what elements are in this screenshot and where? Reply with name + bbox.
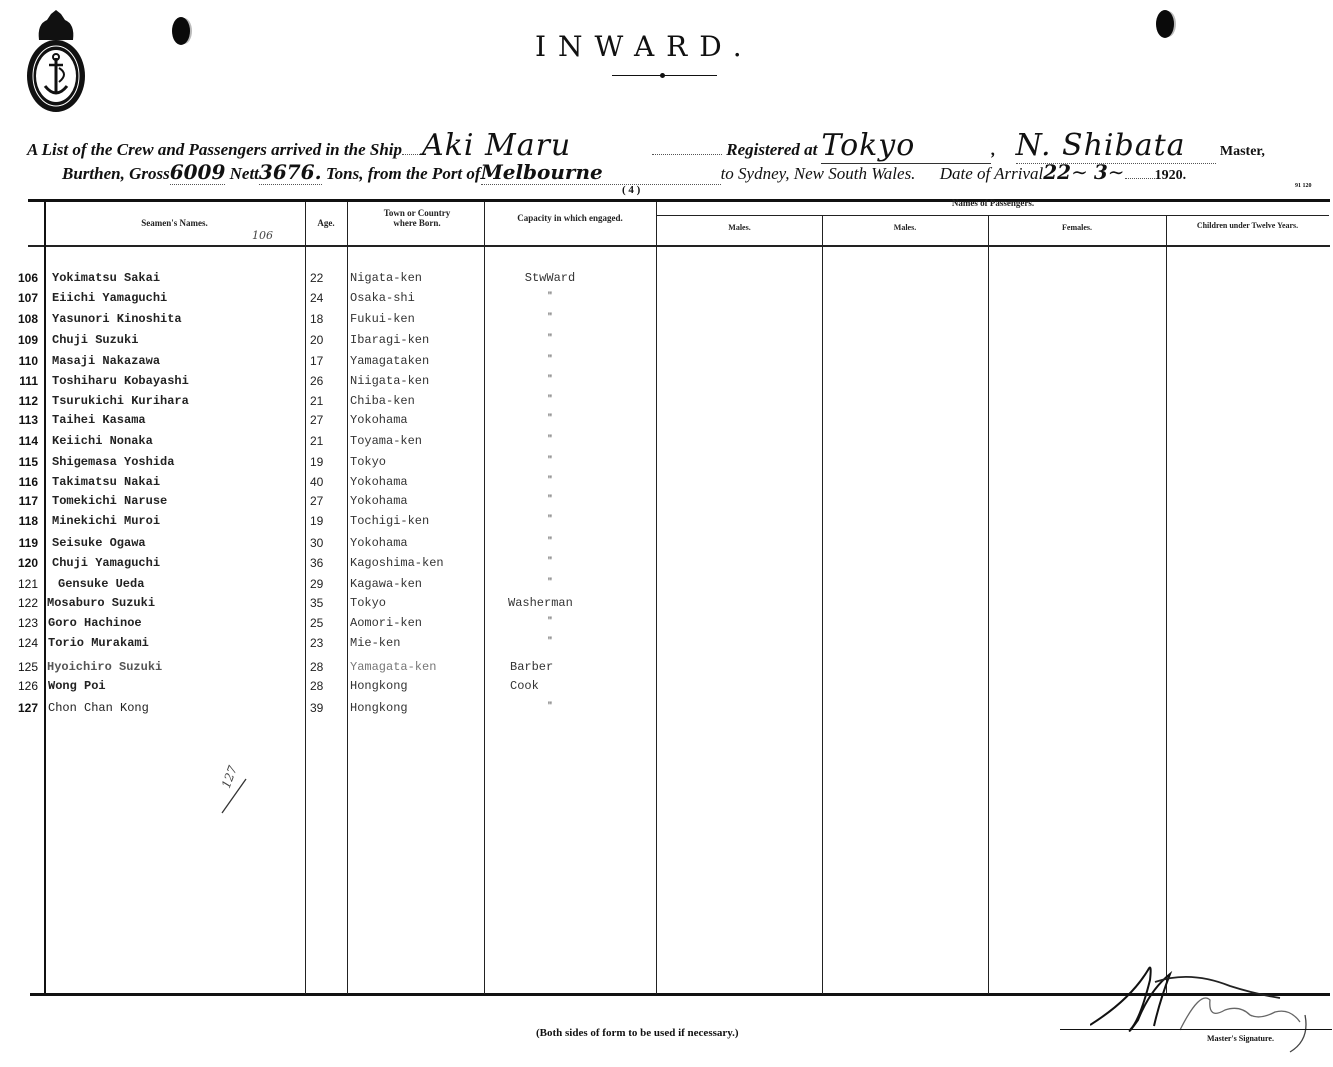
seaman-capacity: " [490, 312, 610, 322]
seaman-name: Toshiharu Kobayashi [52, 374, 189, 388]
seaman-birthplace: Chiba-ken [350, 394, 415, 408]
seaman-age: 21 [310, 434, 323, 448]
seaman-birthplace: Ibaragi-ken [350, 333, 429, 347]
seaman-capacity: " [490, 475, 610, 485]
col-header-males-2: Males. [822, 223, 988, 233]
seaman-capacity: " [490, 577, 610, 587]
seaman-name: Gensuke Ueda [58, 577, 144, 591]
seaman-name: Chuji Yamaguchi [52, 556, 160, 570]
col-header-age: Age. [305, 218, 347, 228]
seaman-birthplace: Niigata-ken [350, 374, 429, 388]
town-capacity-divider [484, 202, 485, 994]
seaman-name: Chon Chan Kong [48, 701, 149, 715]
seaman-capacity: " [490, 291, 610, 301]
col-header-females: Females. [988, 223, 1166, 233]
seaman-capacity: " [490, 394, 610, 404]
seaman-name: Tomekichi Naruse [52, 494, 167, 508]
row-number: 124 [8, 636, 38, 650]
seaman-name: Masaji Nakazawa [52, 354, 160, 368]
seaman-age: 26 [310, 374, 323, 388]
tons-from-label: Tons, from the Port of [326, 164, 481, 183]
from-port-field: Melbourne [481, 160, 721, 185]
seaman-age: 35 [310, 596, 323, 610]
seaman-age: 21 [310, 394, 323, 408]
row-number: 113 [8, 413, 38, 427]
seaman-birthplace: Fukui-ken [350, 312, 415, 326]
seaman-age: 20 [310, 333, 323, 347]
seaman-age: 23 [310, 636, 323, 650]
row-number: 116 [8, 475, 38, 489]
seaman-capacity: " [490, 494, 610, 504]
title-ornament-rule [612, 75, 717, 76]
seaman-name: Torio Murakami [48, 636, 149, 650]
seaman-capacity: " [490, 701, 610, 711]
col-header-passengers: Names of Passengers. [657, 198, 1329, 208]
registered-label: Registered at [726, 140, 817, 159]
handwritten-slash-mark [220, 775, 250, 815]
seaman-capacity: " [490, 434, 610, 444]
arrival-day-field: 22 [1043, 160, 1071, 184]
header-bottom-rule [28, 245, 1330, 247]
signature-line [1060, 1029, 1332, 1030]
seaman-age: 19 [310, 455, 323, 469]
burthen-label: Burthen, Gross [62, 164, 170, 183]
arrival-year-field: 1920. [1155, 168, 1187, 183]
punch-hole-left [172, 17, 190, 45]
seaman-age: 22 [310, 271, 323, 285]
registered-port-field: Tokyo [821, 128, 991, 164]
seaman-birthplace: Yokohama [350, 475, 408, 489]
row-number: 114 [8, 434, 38, 448]
ship-name-field: Aki Maru [422, 128, 652, 163]
males1-males2-divider [822, 216, 823, 994]
header-line-burthen: Burthen, Gross6009 Nett3676. Tons, from … [62, 160, 1186, 185]
row-number: 121 [8, 577, 38, 591]
col-header-town: Town or Country where Born. [372, 208, 462, 228]
col-header-capacity: Capacity in which engaged. [484, 213, 656, 223]
seaman-age: 40 [310, 475, 323, 489]
seaman-age: 39 [310, 701, 323, 715]
seaman-capacity: " [490, 536, 610, 546]
seaman-name: Keiichi Nonaka [52, 434, 153, 448]
row-number: 127 [8, 701, 38, 715]
seaman-birthplace: Osaka-shi [350, 291, 415, 305]
capacity-passengers-divider [656, 202, 657, 994]
seaman-age: 28 [310, 679, 323, 693]
seaman-name: Taihei Kasama [52, 413, 146, 427]
seaman-capacity: " [490, 636, 610, 646]
seaman-birthplace: Tochigi-ken [350, 514, 429, 528]
nett-tons-field: 3676. [259, 160, 322, 185]
col-header-names: Seamen's Names. [44, 218, 305, 228]
seaman-capacity: " [490, 514, 610, 524]
seaman-capacity: " [490, 333, 610, 343]
seaman-birthplace: Yamagataken [350, 354, 429, 368]
row-number: 118 [8, 514, 38, 528]
row-number: 122 [8, 596, 38, 610]
folio-mark: ( 4 ) [622, 184, 640, 196]
names-header-note: 106 [252, 229, 273, 242]
seaman-birthplace: Hongkong [350, 679, 408, 693]
seaman-name: Eiichi Yamaguchi [52, 291, 167, 305]
age-town-divider [347, 202, 348, 994]
seaman-name: Tsurukichi Kurihara [52, 394, 189, 408]
seaman-name: Hyoichiro Suzuki [47, 660, 162, 674]
seaman-birthplace: Aomori-ken [350, 616, 422, 630]
seaman-age: 24 [310, 291, 323, 305]
seaman-name: Minekichi Muroi [52, 514, 160, 528]
row-number: 125 [8, 660, 38, 674]
seaman-name: Seisuke Ogawa [52, 536, 146, 550]
list-intro-label: A List of the Crew and Passengers arrive… [27, 140, 402, 159]
seaman-capacity: Washerman [508, 596, 628, 610]
seaman-capacity: StwWard [490, 271, 610, 285]
seaman-birthplace: Yokohama [350, 494, 408, 508]
master-name-field: N. Shibata [1016, 128, 1216, 164]
to-sydney-label: to Sydney, New South Wales. [721, 164, 916, 183]
seaman-capacity: Cook [510, 679, 630, 693]
seaman-name: Shigemasa Yoshida [52, 455, 174, 469]
arrival-label: Date of Arrival [940, 164, 1044, 183]
seaman-name: Mosaburo Suzuki [47, 596, 155, 610]
seaman-birthplace: Tokyo [350, 455, 386, 469]
punch-hole-right [1156, 10, 1174, 38]
signature-label: Master's Signature. [1207, 1034, 1274, 1043]
col-header-males-1: Males. [657, 223, 822, 233]
master-label: Master, [1220, 144, 1265, 159]
names-age-divider [305, 202, 306, 994]
seaman-capacity: " [490, 413, 610, 423]
row-number: 107 [8, 291, 38, 305]
form-footnote: (Both sides of form to be used if necess… [536, 1027, 739, 1039]
names-left-border [44, 202, 46, 994]
comma: , [991, 140, 995, 159]
row-number: 109 [8, 333, 38, 347]
seaman-capacity: " [490, 374, 610, 384]
gross-tons-field: 6009 [170, 160, 226, 185]
seaman-age: 18 [310, 312, 323, 326]
seaman-name: Wong Poi [48, 679, 106, 693]
row-number: 117 [8, 494, 38, 508]
row-number: 119 [8, 536, 38, 550]
row-number: 123 [8, 616, 38, 630]
seaman-birthplace: Yokohama [350, 536, 408, 550]
males2-females-divider [988, 216, 989, 994]
seaman-name: Goro Hachinoe [48, 616, 142, 630]
seaman-capacity: " [490, 354, 610, 364]
row-number: 108 [8, 312, 38, 326]
seaman-capacity: " [490, 556, 610, 566]
seaman-age: 30 [310, 536, 323, 550]
seaman-age: 36 [310, 556, 323, 570]
females-children-divider [1166, 216, 1167, 994]
seaman-birthplace: Kagawa-ken [350, 577, 422, 591]
seaman-age: 25 [310, 616, 323, 630]
seaman-age: 27 [310, 413, 323, 427]
nett-label: Nett [230, 164, 259, 183]
seaman-age: 27 [310, 494, 323, 508]
row-number: 126 [8, 679, 38, 693]
arrival-month-field: 3 [1094, 160, 1108, 184]
seaman-birthplace: Nigata-ken [350, 271, 422, 285]
seaman-birthplace: Tokyo [350, 596, 386, 610]
shipping-master-seal-icon [25, 10, 87, 114]
row-number: 111 [8, 374, 38, 388]
seaman-birthplace: Mie-ken [350, 636, 400, 650]
seaman-birthplace: Yamagata-ken [350, 660, 436, 674]
seaman-name: Yasunori Kinoshita [52, 312, 182, 326]
seaman-age: 19 [310, 514, 323, 528]
seaman-age: 28 [310, 660, 323, 674]
seaman-birthplace: Yokohama [350, 413, 408, 427]
row-number: 106 [8, 271, 38, 285]
seaman-capacity: Barber [510, 660, 630, 674]
document-title: INWARD. [535, 30, 754, 63]
seaman-birthplace: Hongkong [350, 701, 408, 715]
seaman-name: Yokimatsu Sakai [52, 271, 160, 285]
header-line-ship: A List of the Crew and Passengers arrive… [27, 128, 1265, 164]
row-number: 110 [8, 354, 38, 368]
passengers-subheader-rule [657, 215, 1329, 216]
col-header-children: Children under Twelve Years. [1166, 221, 1329, 231]
seaman-name: Chuji Suzuki [52, 333, 138, 347]
seaman-birthplace: Kagoshima-ken [350, 556, 444, 570]
seaman-age: 17 [310, 354, 323, 368]
seaman-capacity: " [490, 616, 610, 626]
seaman-name: Takimatsu Nakai [52, 475, 160, 489]
form-number: 91 120 [1295, 183, 1312, 189]
row-number: 115 [8, 455, 38, 469]
seaman-birthplace: Toyama-ken [350, 434, 422, 448]
row-number: 112 [8, 394, 38, 408]
seaman-age: 29 [310, 577, 323, 591]
seaman-capacity: " [490, 455, 610, 465]
row-number: 120 [8, 556, 38, 570]
